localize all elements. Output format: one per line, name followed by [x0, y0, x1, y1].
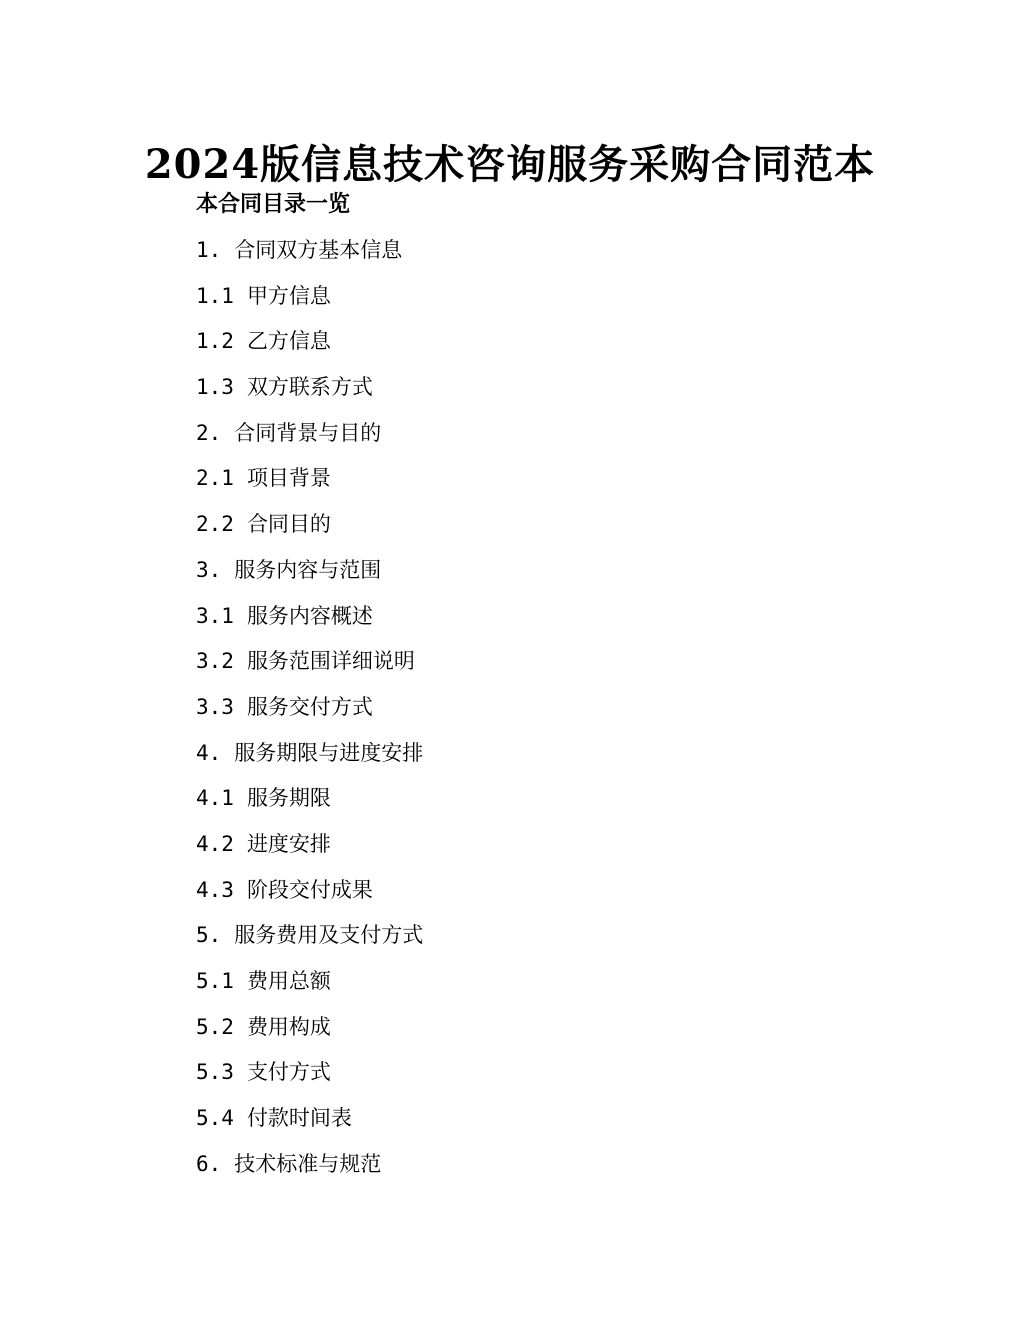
toc-item-number: 1. — [196, 228, 221, 274]
toc-item-label: 合同背景与目的 — [234, 421, 381, 445]
toc-item: 3.3服务交付方式 — [196, 685, 423, 731]
toc-item: 4.3阶段交付成果 — [196, 868, 423, 914]
toc-item: 2.合同背景与目的 — [196, 411, 423, 457]
toc-item-label: 服务内容与范围 — [234, 558, 381, 582]
toc-item-label: 合同目的 — [247, 512, 331, 536]
toc-heading: 本合同目录一览 — [196, 191, 350, 219]
toc-list: 1.合同双方基本信息 1.1甲方信息 1.2乙方信息 1.3双方联系方式 2.合… — [196, 228, 423, 1187]
document-title: 2024版信息技术咨询服务采购合同范本 — [0, 141, 1020, 189]
toc-item-number: 4. — [196, 731, 221, 777]
toc-item-number: 5.2 — [196, 1005, 234, 1051]
toc-item-label: 服务期限 — [247, 786, 331, 810]
toc-item: 6.技术标准与规范 — [196, 1142, 423, 1188]
toc-item: 5.服务费用及支付方式 — [196, 913, 423, 959]
toc-item: 3.服务内容与范围 — [196, 548, 423, 594]
toc-item: 2.1项目背景 — [196, 456, 423, 502]
toc-item-label: 费用总额 — [247, 969, 331, 993]
toc-item-number: 1.1 — [196, 274, 234, 320]
toc-item-label: 费用构成 — [247, 1015, 331, 1039]
toc-item-number: 4.3 — [196, 868, 234, 914]
toc-item-number: 1.2 — [196, 319, 234, 365]
toc-item: 1.2乙方信息 — [196, 319, 423, 365]
toc-item-label: 进度安排 — [247, 832, 331, 856]
toc-item: 3.1服务内容概述 — [196, 594, 423, 640]
toc-item-label: 阶段交付成果 — [247, 878, 373, 902]
toc-item: 5.3支付方式 — [196, 1050, 423, 1096]
toc-item-label: 合同双方基本信息 — [234, 238, 402, 262]
toc-item-label: 项目背景 — [247, 466, 331, 490]
toc-item: 5.1费用总额 — [196, 959, 423, 1005]
toc-item-label: 服务内容概述 — [247, 604, 373, 628]
toc-item-label: 乙方信息 — [247, 329, 331, 353]
toc-item: 2.2合同目的 — [196, 502, 423, 548]
toc-item: 1.1甲方信息 — [196, 274, 423, 320]
toc-item-number: 5. — [196, 913, 221, 959]
toc-item-number: 6. — [196, 1142, 221, 1188]
toc-item-number: 3. — [196, 548, 221, 594]
toc-item-number: 1.3 — [196, 365, 234, 411]
document-page: 2024版信息技术咨询服务采购合同范本 本合同目录一览 1.合同双方基本信息 1… — [0, 0, 1020, 1320]
toc-item-number: 2.2 — [196, 502, 234, 548]
toc-item-label: 技术标准与规范 — [234, 1152, 381, 1176]
toc-item: 1.合同双方基本信息 — [196, 228, 423, 274]
toc-item-number: 5.1 — [196, 959, 234, 1005]
toc-item-number: 5.3 — [196, 1050, 234, 1096]
toc-item: 4.1服务期限 — [196, 776, 423, 822]
toc-item-label: 服务期限与进度安排 — [234, 741, 423, 765]
toc-item-label: 服务交付方式 — [247, 695, 373, 719]
toc-item-number: 5.4 — [196, 1096, 234, 1142]
toc-item: 5.2费用构成 — [196, 1005, 423, 1051]
toc-item-label: 甲方信息 — [247, 284, 331, 308]
toc-item-label: 付款时间表 — [247, 1106, 352, 1130]
toc-item-label: 服务范围详细说明 — [247, 649, 415, 673]
toc-item-label: 服务费用及支付方式 — [234, 923, 423, 947]
toc-item-number: 2.1 — [196, 456, 234, 502]
toc-item-number: 3.3 — [196, 685, 234, 731]
toc-item: 4.2进度安排 — [196, 822, 423, 868]
toc-item: 3.2服务范围详细说明 — [196, 639, 423, 685]
toc-item-label: 支付方式 — [247, 1060, 331, 1084]
toc-item: 5.4付款时间表 — [196, 1096, 423, 1142]
toc-item: 4.服务期限与进度安排 — [196, 731, 423, 777]
toc-item-number: 3.1 — [196, 594, 234, 640]
toc-item-number: 4.1 — [196, 776, 234, 822]
toc-item-number: 4.2 — [196, 822, 234, 868]
toc-item: 1.3双方联系方式 — [196, 365, 423, 411]
toc-item-number: 3.2 — [196, 639, 234, 685]
toc-item-number: 2. — [196, 411, 221, 457]
toc-item-label: 双方联系方式 — [247, 375, 373, 399]
